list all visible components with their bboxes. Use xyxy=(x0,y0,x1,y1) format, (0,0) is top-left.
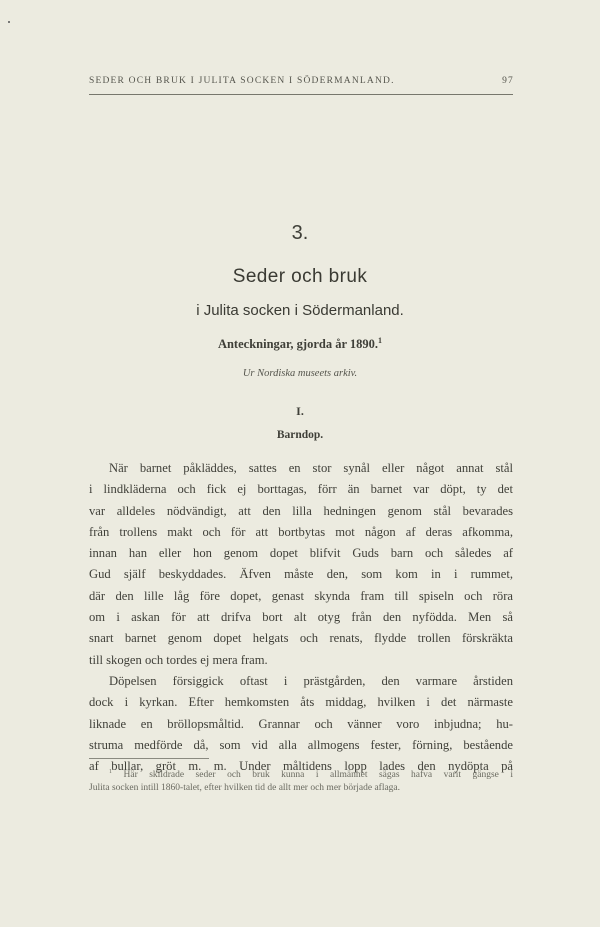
body-line: dock i kyrkan. Efter hemkomsten åts midd… xyxy=(89,692,513,713)
body-line: liknade en bröllopsmåltid. Grannar och v… xyxy=(89,714,513,735)
page-number: 97 xyxy=(502,76,514,86)
header-rule xyxy=(89,94,513,95)
body-line: från trollens makt och för att bortbytas… xyxy=(89,522,513,543)
body-line: När barnet påkläddes, sattes en stor syn… xyxy=(89,458,513,479)
body-line: i lindkläderna och fick ej borttagas, fö… xyxy=(89,479,513,500)
chapter-number: 3. xyxy=(0,222,600,245)
notes-line: Anteckningar, gjorda år 1890.1 xyxy=(0,336,600,352)
source-line: Ur Nordiska museets arkiv. xyxy=(0,368,600,379)
body-text: När barnet påkläddes, sattes en stor syn… xyxy=(89,458,513,777)
footnote-line: 1 Här skildrade seder och bruk kunna i a… xyxy=(89,764,513,780)
document-page: SEDER OCH BRUK I JULITA SOCKEN I SÖDERMA… xyxy=(0,0,600,927)
body-line: Gud själf beskyddades. Äfven måste den, … xyxy=(89,564,513,585)
notes-line-text: Anteckningar, gjorda år 1890. xyxy=(218,337,378,351)
body-line: där den lille låg före dopet, genast sky… xyxy=(89,586,513,607)
footnote-rule xyxy=(89,758,209,759)
chapter-subtitle: i Julita socken i Södermanland. xyxy=(0,302,600,319)
footnote-marker: 1 xyxy=(378,336,382,345)
body-line: Döpelsen försiggick oftast i prästgården… xyxy=(89,671,513,692)
section-number: I. xyxy=(0,404,600,419)
chapter-title: Seder och bruk xyxy=(0,266,600,288)
body-line: struma medförde då, som vid alla allmoge… xyxy=(89,735,513,756)
body-line: snart barnet genom dopet helgats och ren… xyxy=(89,628,513,649)
footnote-line: Julita socken intill 1860-talet, efter h… xyxy=(89,780,513,796)
footnotes: 1 Här skildrade seder och bruk kunna i a… xyxy=(89,764,513,796)
scan-speck xyxy=(8,21,10,23)
body-line: till skogen och tordes ej mera fram. xyxy=(89,650,513,671)
section-title: Barndop. xyxy=(0,429,600,441)
body-line: om i askan för att drifva bort alt otyg … xyxy=(89,607,513,628)
body-line: innan han eller hon genom dopet blifvit … xyxy=(89,543,513,564)
footnote-mark: 1 xyxy=(109,769,112,775)
running-head: SEDER OCH BRUK I JULITA SOCKEN I SÖDERMA… xyxy=(89,76,514,86)
running-head-title: SEDER OCH BRUK I JULITA SOCKEN I SÖDERMA… xyxy=(89,76,395,86)
body-line: var alldeles nödvändigt, att den lilla h… xyxy=(89,501,513,522)
footnote-text: Här skildrade seder och bruk kunna i all… xyxy=(124,770,514,780)
